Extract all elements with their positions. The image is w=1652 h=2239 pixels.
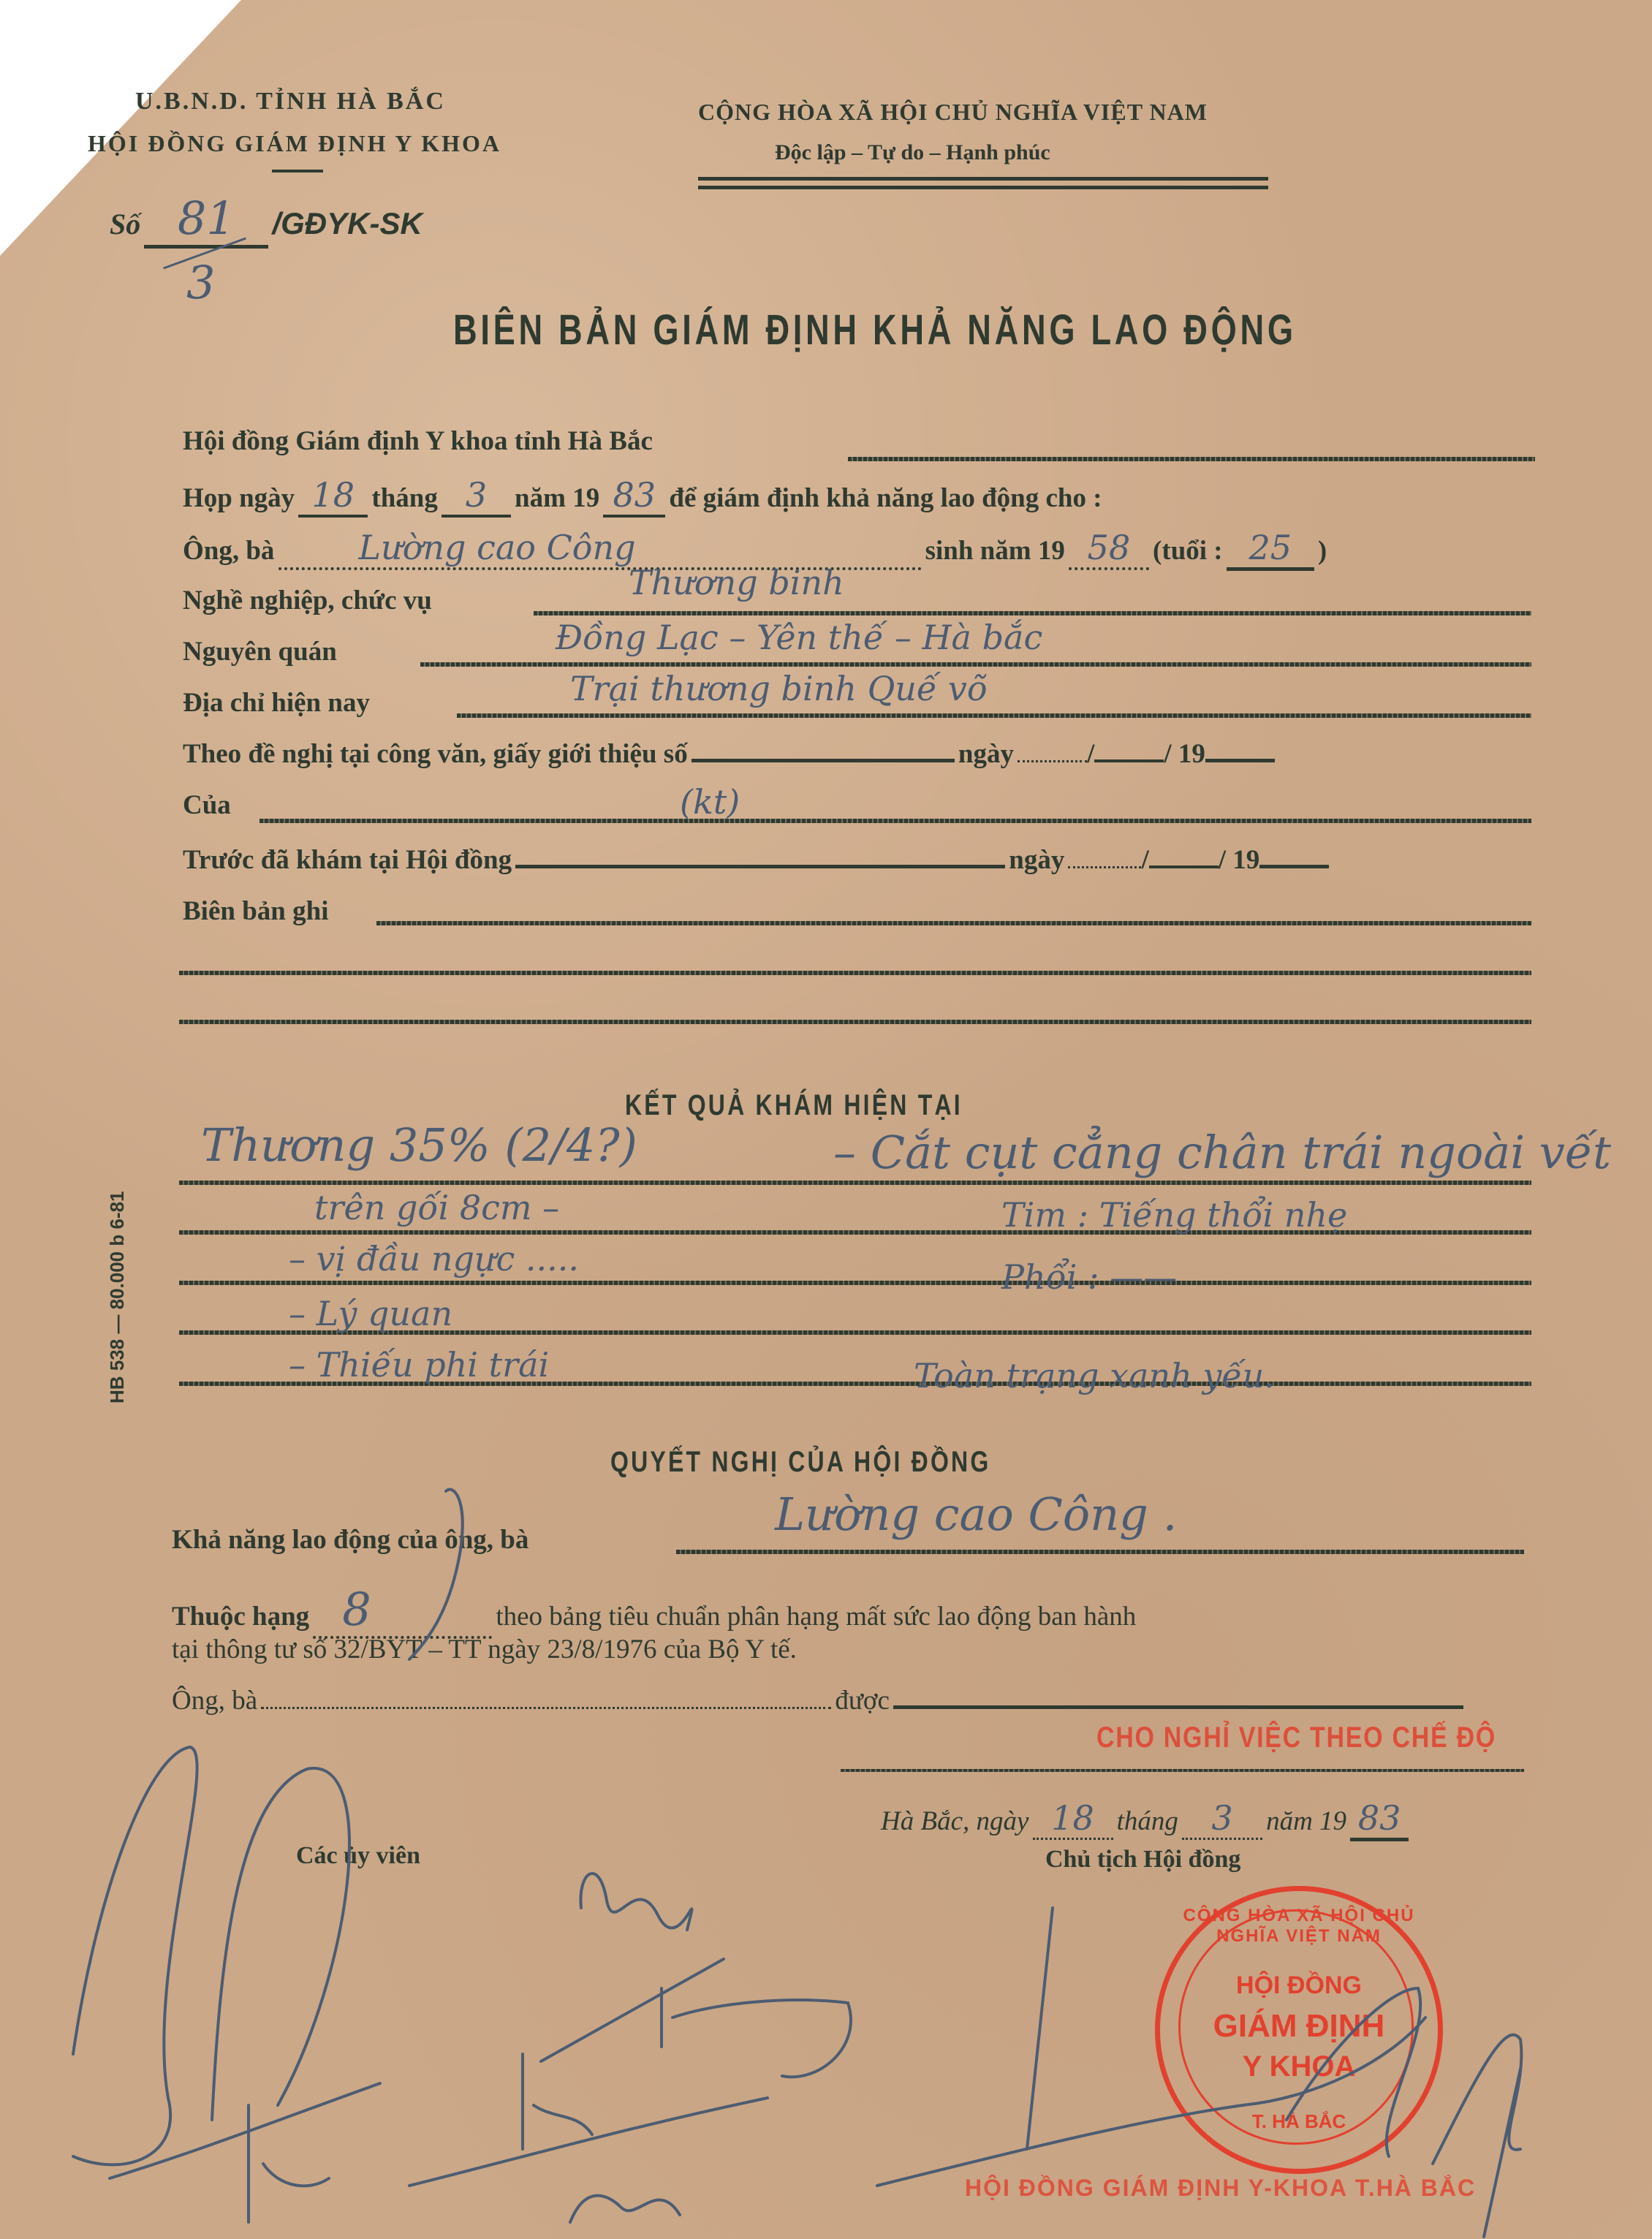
member-signature-1 xyxy=(73,1747,197,2164)
member-signature-3 xyxy=(110,2083,380,2178)
member-signature-7 xyxy=(662,1988,851,2077)
signature-strokes xyxy=(0,0,1652,2239)
member-signature-9 xyxy=(409,2098,768,2186)
member-signature-5 xyxy=(580,1874,692,1930)
chair-signature xyxy=(877,1908,1521,2237)
member-signature-10 xyxy=(570,2196,680,2222)
member-signature-4 xyxy=(249,2105,329,2222)
member-signature-8 xyxy=(523,2054,592,2149)
member-signature-2 xyxy=(212,1768,349,2120)
grade-handwritten-mark xyxy=(409,1490,463,1659)
